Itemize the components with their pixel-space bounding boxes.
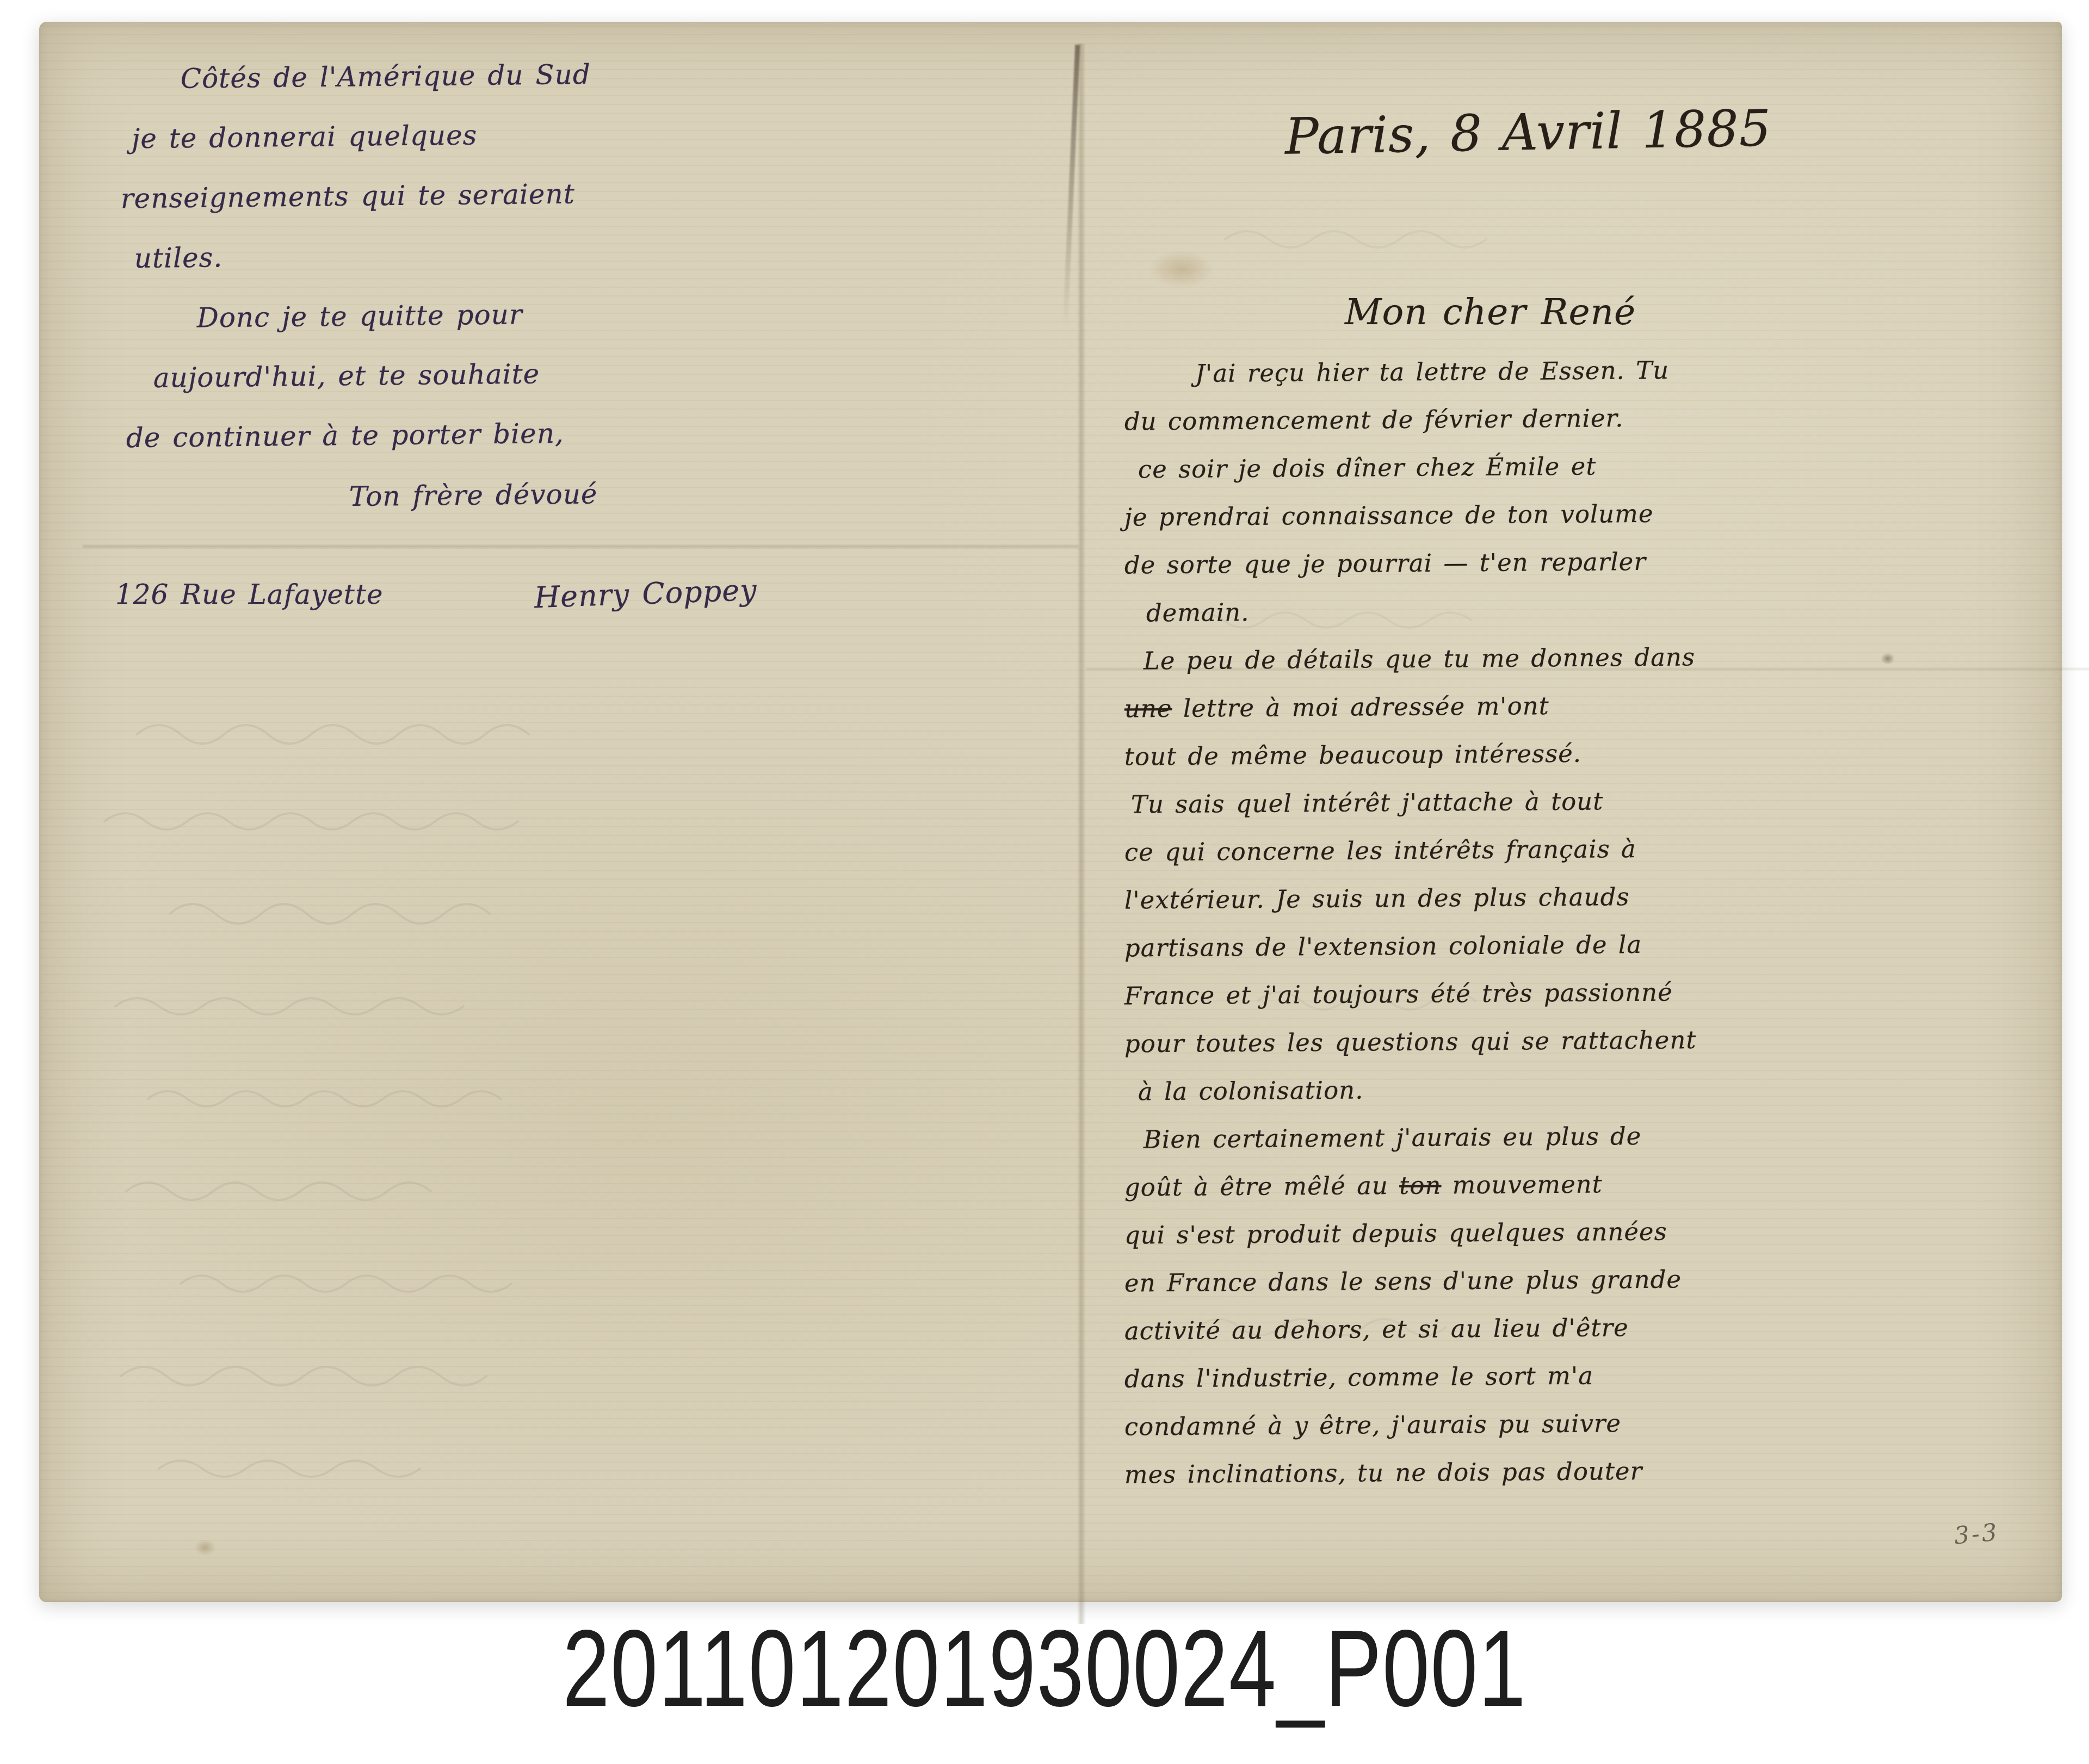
handwritten-line: qui s'est produit depuis quelques années [1124,1215,1985,1268]
archive-id-caption: 201101201930024_P001 [230,1614,1859,1723]
handwritten-line: ce qui concerne les intérêts français à [1124,832,1985,886]
handwritten-line: une lettre à moi adressée m'ont [1124,688,1985,742]
handwritten-line: Tu sais quel intérêt j'attache à tout [1131,784,1985,838]
address-signature-row: 126 Rue Lafayette Henry Coppey [115,577,757,611]
handwritten-line: France et j'ai toujours été très passion… [1124,975,1985,1029]
handwritten-line: pour toutes les questions qui se rattach… [1124,1023,1985,1077]
handwritten-line: Bien certainement j'aurais eu plus de [1144,1119,1985,1173]
handwritten-line: utiles. [134,236,768,302]
struck-word: une [1124,694,1172,723]
handwritten-line: aujourd'hui, et te souhaite [153,356,768,422]
pencil-page-marker: 3-3 [1953,1518,2000,1550]
handwritten-line: activité au dehors, et si au lieu d'être [1124,1310,1985,1364]
signature: Henry Coppey [534,573,758,615]
handwritten-line: Ton frère dévoué [349,476,768,541]
handwritten-line: l'extérieur. Je suis un des plus chauds [1124,880,1985,933]
left-page-lines: Côtés de l'Amérique du Sudje te donnerai… [115,60,768,539]
paper-stain [1149,250,1214,288]
handwritten-line: du commencement de février dernier. [1124,401,1985,455]
scanned-letter-page: Côtés de l'Amérique du Sudje te donnerai… [0,0,2089,1764]
handwritten-line: dans l'industrie, comme le sort m'a [1124,1358,1985,1412]
show-through-ghost-writing [72,702,1029,1550]
handwritten-line: condamné à y être, j'aurais pu suivre [1124,1406,1985,1460]
handwritten-line: de sorte que je pourrai — t'en reparler [1124,544,1985,598]
paper-stain [194,1539,216,1556]
handwritten-line: J'ai reçu hier ta lettre de Essen. Tu [1195,354,1985,407]
letter-paper-spread: Côtés de l'Amérique du Sudje te donnerai… [39,22,2062,1602]
handwritten-line: demain. [1146,593,1985,647]
handwritten-line: mes inclinations, tu ne dois pas douter [1124,1454,1985,1508]
handwritten-line: Le peu de détails que tu me donnes dans [1144,641,1985,695]
salutation: Mon cher René [1345,291,1636,333]
handwritten-line: de continuer à te porter bien, [126,416,768,482]
handwritten-line: renseignements qui te seraient [120,176,768,243]
center-fold-line [1077,44,1086,1624]
handwritten-line: Côtés de l'Amérique du Sud [180,57,768,122]
handwritten-line: partisans de l'extension coloniale de la [1124,927,1985,981]
struck-word: ton [1399,1171,1442,1200]
handwritten-line: ce soir je dois dîner chez Émile et [1138,449,1985,503]
dateline: Paris, 8 Avril 1885 [1284,99,1772,166]
handwritten-line: je te donnerai quelques [131,116,768,183]
handwritten-line: je prendrai connaissance de ton volume [1124,497,1985,550]
handwritten-line: Donc je te quitte pour [196,296,768,362]
handwritten-line: à la colonisation. [1138,1072,1985,1125]
right-page-lines: J'ai reçu hier ta lettre de Essen. Tudu … [1124,356,1984,1505]
handwritten-line: tout de même beaucoup intéressé. [1124,736,1985,790]
sender-address: 126 Rue Lafayette [115,579,384,610]
horizontal-crease-left-page [83,545,1078,548]
handwritten-line: en France dans le sens d'une plus grande [1124,1262,1985,1316]
handwritten-line: goût à être mêlé au ton mouvement [1124,1167,1985,1221]
